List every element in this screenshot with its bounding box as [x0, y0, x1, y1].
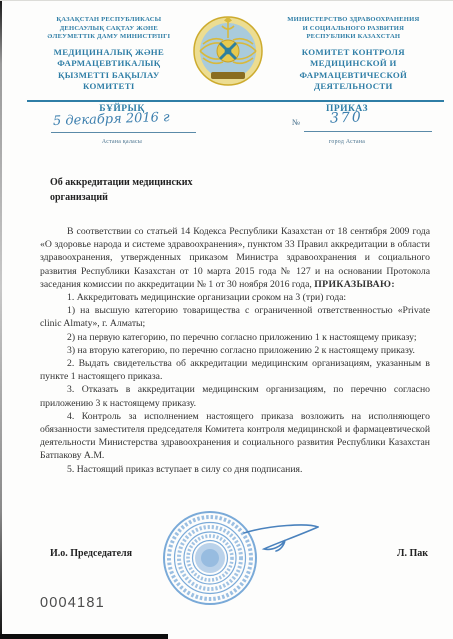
ministry-name-kk-line: ҚАЗАҚСТАН РЕСПУБЛИКАСЫ: [27, 16, 191, 25]
signature-row: И.о. Председателя Л. Пак: [50, 548, 428, 559]
signer-name: Л. Пак: [397, 548, 428, 559]
order-subject: Об аккредитации медицинских организаций: [50, 176, 193, 205]
city-kk: Астана қаласы: [27, 139, 217, 145]
committee-name-ru-line: ДЕЯТЕЛЬНОСТИ: [265, 81, 442, 93]
order-heading-ru: ПРИКАЗ № 370 город Астана: [252, 104, 442, 152]
scan-edge-top: [0, 0, 453, 1]
committee-name-ru-line: ФАРМАЦЕВТИЧЕСКОЙ: [265, 70, 442, 82]
date-underline: [51, 132, 196, 133]
order-heading-kk: БҰЙРЫҚ 5 декабря 2016 г Астана қаласы: [27, 104, 217, 152]
form-serial-number: 0004181: [40, 595, 105, 611]
order-body: В соответствии со статьей 14 Кодекса Рес…: [40, 225, 430, 476]
order-item: 5. Настоящий приказ вступает в силу со д…: [40, 463, 430, 476]
order-item: 3. Отказать в аккредитации медицинским о…: [40, 383, 430, 409]
handwritten-order-number: 370: [330, 109, 363, 126]
order-item: 4. Контроль за исполнением настоящего пр…: [40, 410, 430, 463]
letterhead-russian: МИНИСТЕРСТВО ЗДРАВООХРАНЕНИЯ И СОЦИАЛЬНО…: [265, 16, 442, 93]
committee-name-kk-line: ФАРМАЦЕВТИКАЛЫҚ: [27, 58, 191, 70]
committee-name-kk-line: ҚЫЗМЕТТІ БАҚЫЛАУ: [27, 70, 191, 82]
committee-name-ru-line: МЕДИЦИНСКОЙ И: [265, 58, 442, 70]
letterhead: ҚАЗАҚСТАН РЕСПУБЛИКАСЫ ДЕНСАУЛЫҚ САҚТАУ …: [27, 16, 442, 93]
ministry-name-kk-line: ДЕНСАУЛЫҚ САҚТАУ ЖӘНЕ: [27, 25, 191, 34]
signer-position: И.о. Председателя: [50, 548, 132, 559]
committee-name-kk-line: МЕДИЦИНАЛЫҚ ЖӘНЕ: [27, 47, 191, 59]
ministry-name-ru-line: МИНИСТЕРСТВО ЗДРАВООХРАНЕНИЯ: [265, 16, 442, 25]
order-item: 1. Аккредитовать медицинские организации…: [40, 291, 430, 304]
scan-edge-left: [0, 0, 2, 639]
letterhead-divider: [27, 100, 444, 102]
order-heading-row: БҰЙРЫҚ 5 декабря 2016 г Астана қаласы ПР…: [27, 104, 442, 152]
ministry-name-ru-line: И СОЦИАЛЬНОГО РАЗВИТИЯ: [265, 25, 442, 34]
ministry-name-kk-line: ӘЛЕУМЕТТІК ДАМУ МИНИСТРЛІГІ: [27, 33, 191, 42]
intro-paragraph: В соответствии со статьей 14 Кодекса Рес…: [40, 225, 430, 291]
order-document-page: ҚАЗАҚСТАН РЕСПУБЛИКАСЫ ДЕНСАУЛЫҚ САҚТАУ …: [0, 0, 453, 639]
number-underline: [304, 131, 432, 132]
order-item: 3) на вторую категорию, по перечню согла…: [40, 344, 430, 357]
order-item: 1) на высшую категорию товарищества с ог…: [40, 304, 430, 330]
order-verb: ПРИКАЗЫВАЮ:: [314, 279, 395, 290]
handwritten-date: 5 декабря 2016 г: [53, 110, 170, 129]
number-sign: №: [292, 117, 300, 127]
committee-name-ru-line: КОМИТЕТ КОНТРОЛЯ: [265, 47, 442, 59]
subject-line: Об аккредитации медицинских: [50, 176, 193, 191]
order-item: 2) на первую категорию, по перечню согла…: [40, 331, 430, 344]
committee-name-kk-line: КОМИТЕТІ: [27, 81, 191, 93]
city-ru: город Астана: [252, 139, 442, 145]
letterhead-kazakh: ҚАЗАҚСТАН РЕСПУБЛИКАСЫ ДЕНСАУЛЫҚ САҚТАУ …: [27, 16, 191, 93]
subject-line: организаций: [50, 191, 193, 206]
order-item: 2. Выдать свидетельства об аккредитации …: [40, 357, 430, 383]
scan-edge-bottom: [0, 634, 168, 639]
ministry-name-ru-line: РЕСПУБЛИКИ КАЗАХСТАН: [265, 33, 442, 42]
kazakhstan-emblem-icon: [191, 14, 265, 88]
